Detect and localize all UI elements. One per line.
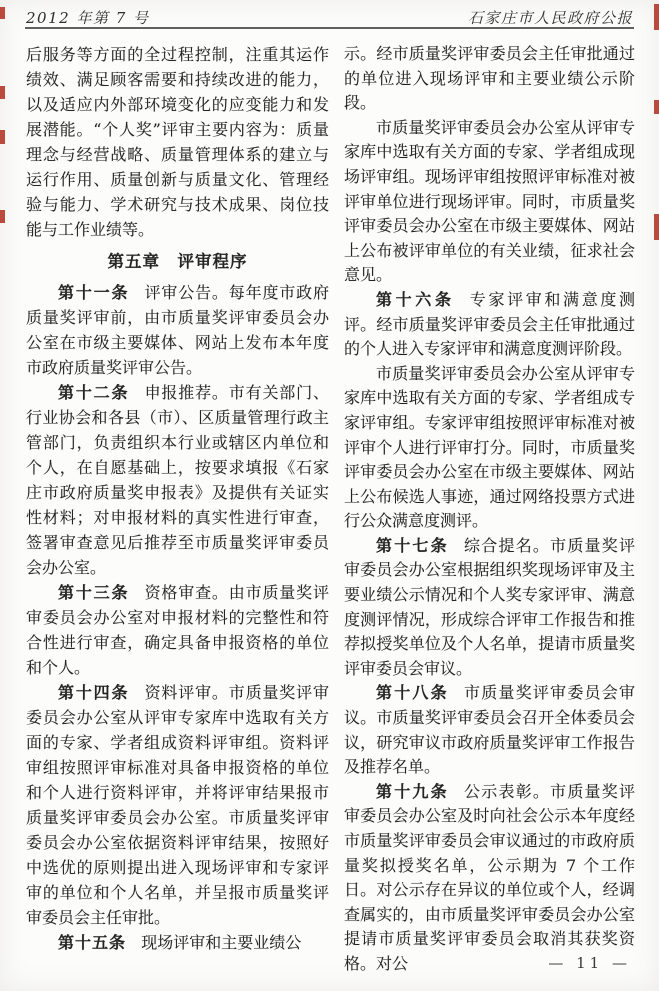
publication-title: 石家庄市人民政府公报	[468, 7, 633, 28]
article-19-text: 公示表彰。市质量奖评审委员会办公室及时向社会公示本年度经市质量奖评审委员会审议通…	[344, 782, 635, 973]
red-edge-mark	[654, 214, 659, 240]
article-15-label: 第十五条	[58, 933, 126, 952]
paragraph-continuation: 后服务等方面的全过程控制，注重其运作绩效、满足顾客需要和持续改进的能力，以及适应…	[26, 42, 329, 242]
paragraph-body: 市质量奖评审委员会办公室从评审专家库中选取有关方面的专家、学者组成现场评审组。现…	[344, 116, 635, 288]
article-12: 第十二条申报推荐。市有关部门、行业协会和各县（市）、区质量管理行政主管部门，负责…	[26, 380, 329, 580]
article-12-text: 申报推荐。市有关部门、行业协会和各县（市）、区质量管理行政主管部门，负责组织本行…	[26, 383, 329, 577]
red-edge-mark	[0, 86, 5, 99]
paragraph-body: 市质量奖评审委员会办公室从评审专家库中选取有关方面的专家、学者组成专家评审组。专…	[344, 362, 635, 534]
red-edge-mark	[0, 130, 5, 144]
article-15-text: 现场评审和主要业绩公	[141, 933, 301, 952]
article-11: 第十一条评审公告。每年度市政府质量奖评审前，由市质量奖评审委员会办公室在市级主要…	[26, 280, 329, 380]
article-14-text: 资料评审。市质量奖评审委员会办公室从评审专家库中选取有关方面的专家、学者组成资料…	[26, 683, 329, 927]
page-header: 2012 年第 7 号 石家庄市人民政府公报	[26, 7, 633, 28]
red-edge-mark	[654, 100, 659, 114]
red-edge-mark	[0, 7, 5, 19]
page-number: — 11 —	[548, 954, 631, 972]
left-column: 后服务等方面的全过程控制，注重其运作绩效、满足顾客需要和持续改进的能力，以及适应…	[26, 42, 329, 955]
article-13: 第十三条资格审查。由市质量奖评审委员会办公室对申报材料的完整性和符合性进行审查，…	[26, 580, 329, 680]
article-14: 第十四条资料评审。市质量奖评审委员会办公室从评审专家库中选取有关方面的专家、学者…	[26, 680, 329, 930]
chapter-heading: 第五章 评审程序	[26, 249, 329, 274]
paragraph-continuation: 示。经市质量奖评审委员会主任审批通过的单位进入现场评审和主要业绩公示阶段。	[344, 42, 635, 116]
right-column: 示。经市质量奖评审委员会主任审批通过的单位进入现场评审和主要业绩公示阶段。 市质…	[344, 42, 635, 977]
article-12-label: 第十二条	[58, 383, 129, 402]
article-14-label: 第十四条	[58, 683, 129, 702]
article-16-label: 第十六条	[376, 290, 455, 309]
article-16: 第十六条专家评审和满意度测评。经市质量奖评审委员会主任审批通过的个人进入专家评审…	[344, 288, 635, 362]
article-13-label: 第十三条	[58, 583, 129, 602]
article-19-label: 第十九条	[376, 782, 449, 801]
article-18-label: 第十八条	[376, 683, 449, 702]
article-17-text: 综合提名。市质量奖评审委员会办公室根据组织奖现场评审及主要业绩公示情况和个人奖专…	[344, 536, 635, 678]
article-17-label: 第十七条	[376, 536, 449, 555]
article-15: 第十五条现场评审和主要业绩公	[26, 930, 329, 955]
header-rule	[25, 27, 634, 29]
article-11-label: 第十一条	[58, 283, 129, 302]
red-edge-mark	[654, 4, 659, 30]
article-19: 第十九条公示表彰。市质量奖评审委员会办公室及时向社会公示本年度经市质量奖评审委员…	[344, 780, 635, 977]
red-edge-mark	[0, 210, 5, 223]
gazette-page: 2012 年第 7 号 石家庄市人民政府公报 后服务等方面的全过程控制，注重其运…	[0, 0, 659, 991]
issue-number: 2012 年第 7 号	[26, 7, 150, 28]
article-17: 第十七条综合提名。市质量奖评审委员会办公室根据组织奖现场评审及主要业绩公示情况和…	[344, 534, 635, 682]
article-18: 第十八条市质量奖评审委员会审议。市质量奖评审委员会召开全体委员会议，研究审议市政…	[344, 681, 635, 779]
